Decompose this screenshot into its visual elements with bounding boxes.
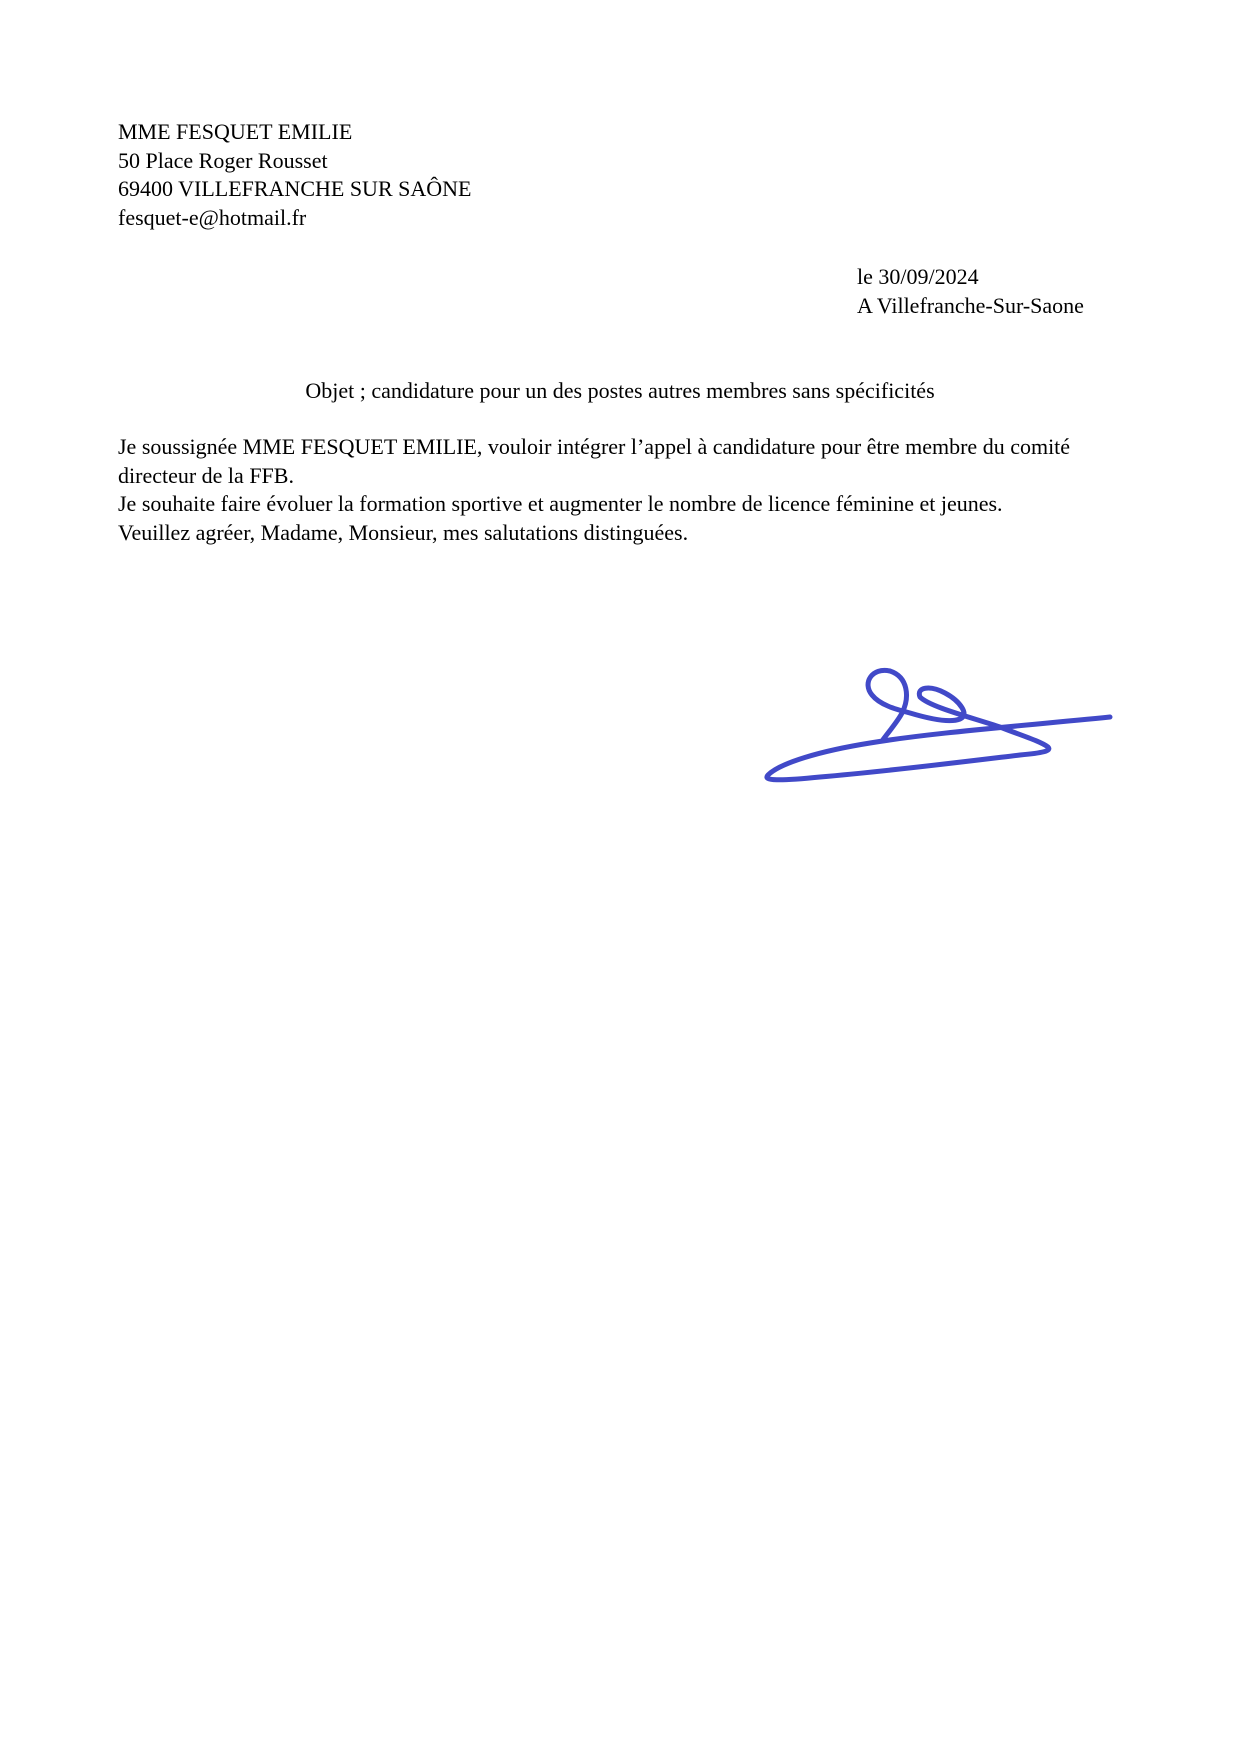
body-paragraph: Je souhaite faire évoluer la formation s…: [118, 490, 1118, 519]
sender-email: fesquet-e@hotmail.fr: [118, 204, 471, 233]
letter-date: le 30/09/2024: [857, 263, 1084, 292]
date-place: le 30/09/2024 A Villefranche-Sur-Saone: [857, 263, 1084, 320]
sender-address: MME FESQUET EMILIE 50 Place Roger Rousse…: [118, 118, 471, 232]
body-paragraph: Je soussignée MME FESQUET EMILIE, vouloi…: [118, 433, 1118, 490]
body-paragraph: Veuillez agréer, Madame, Monsieur, mes s…: [118, 519, 1118, 548]
handwritten-signature-icon: [750, 655, 1120, 795]
letter-body: Je soussignée MME FESQUET EMILIE, vouloi…: [118, 433, 1118, 547]
letter-place: A Villefranche-Sur-Saone: [857, 292, 1084, 321]
letter-subject: Objet ; candidature pour un des postes a…: [0, 377, 1240, 406]
sender-city: 69400 VILLEFRANCHE SUR SAÔNE: [118, 175, 471, 204]
sender-name: MME FESQUET EMILIE: [118, 118, 471, 147]
sender-street: 50 Place Roger Rousset: [118, 147, 471, 176]
